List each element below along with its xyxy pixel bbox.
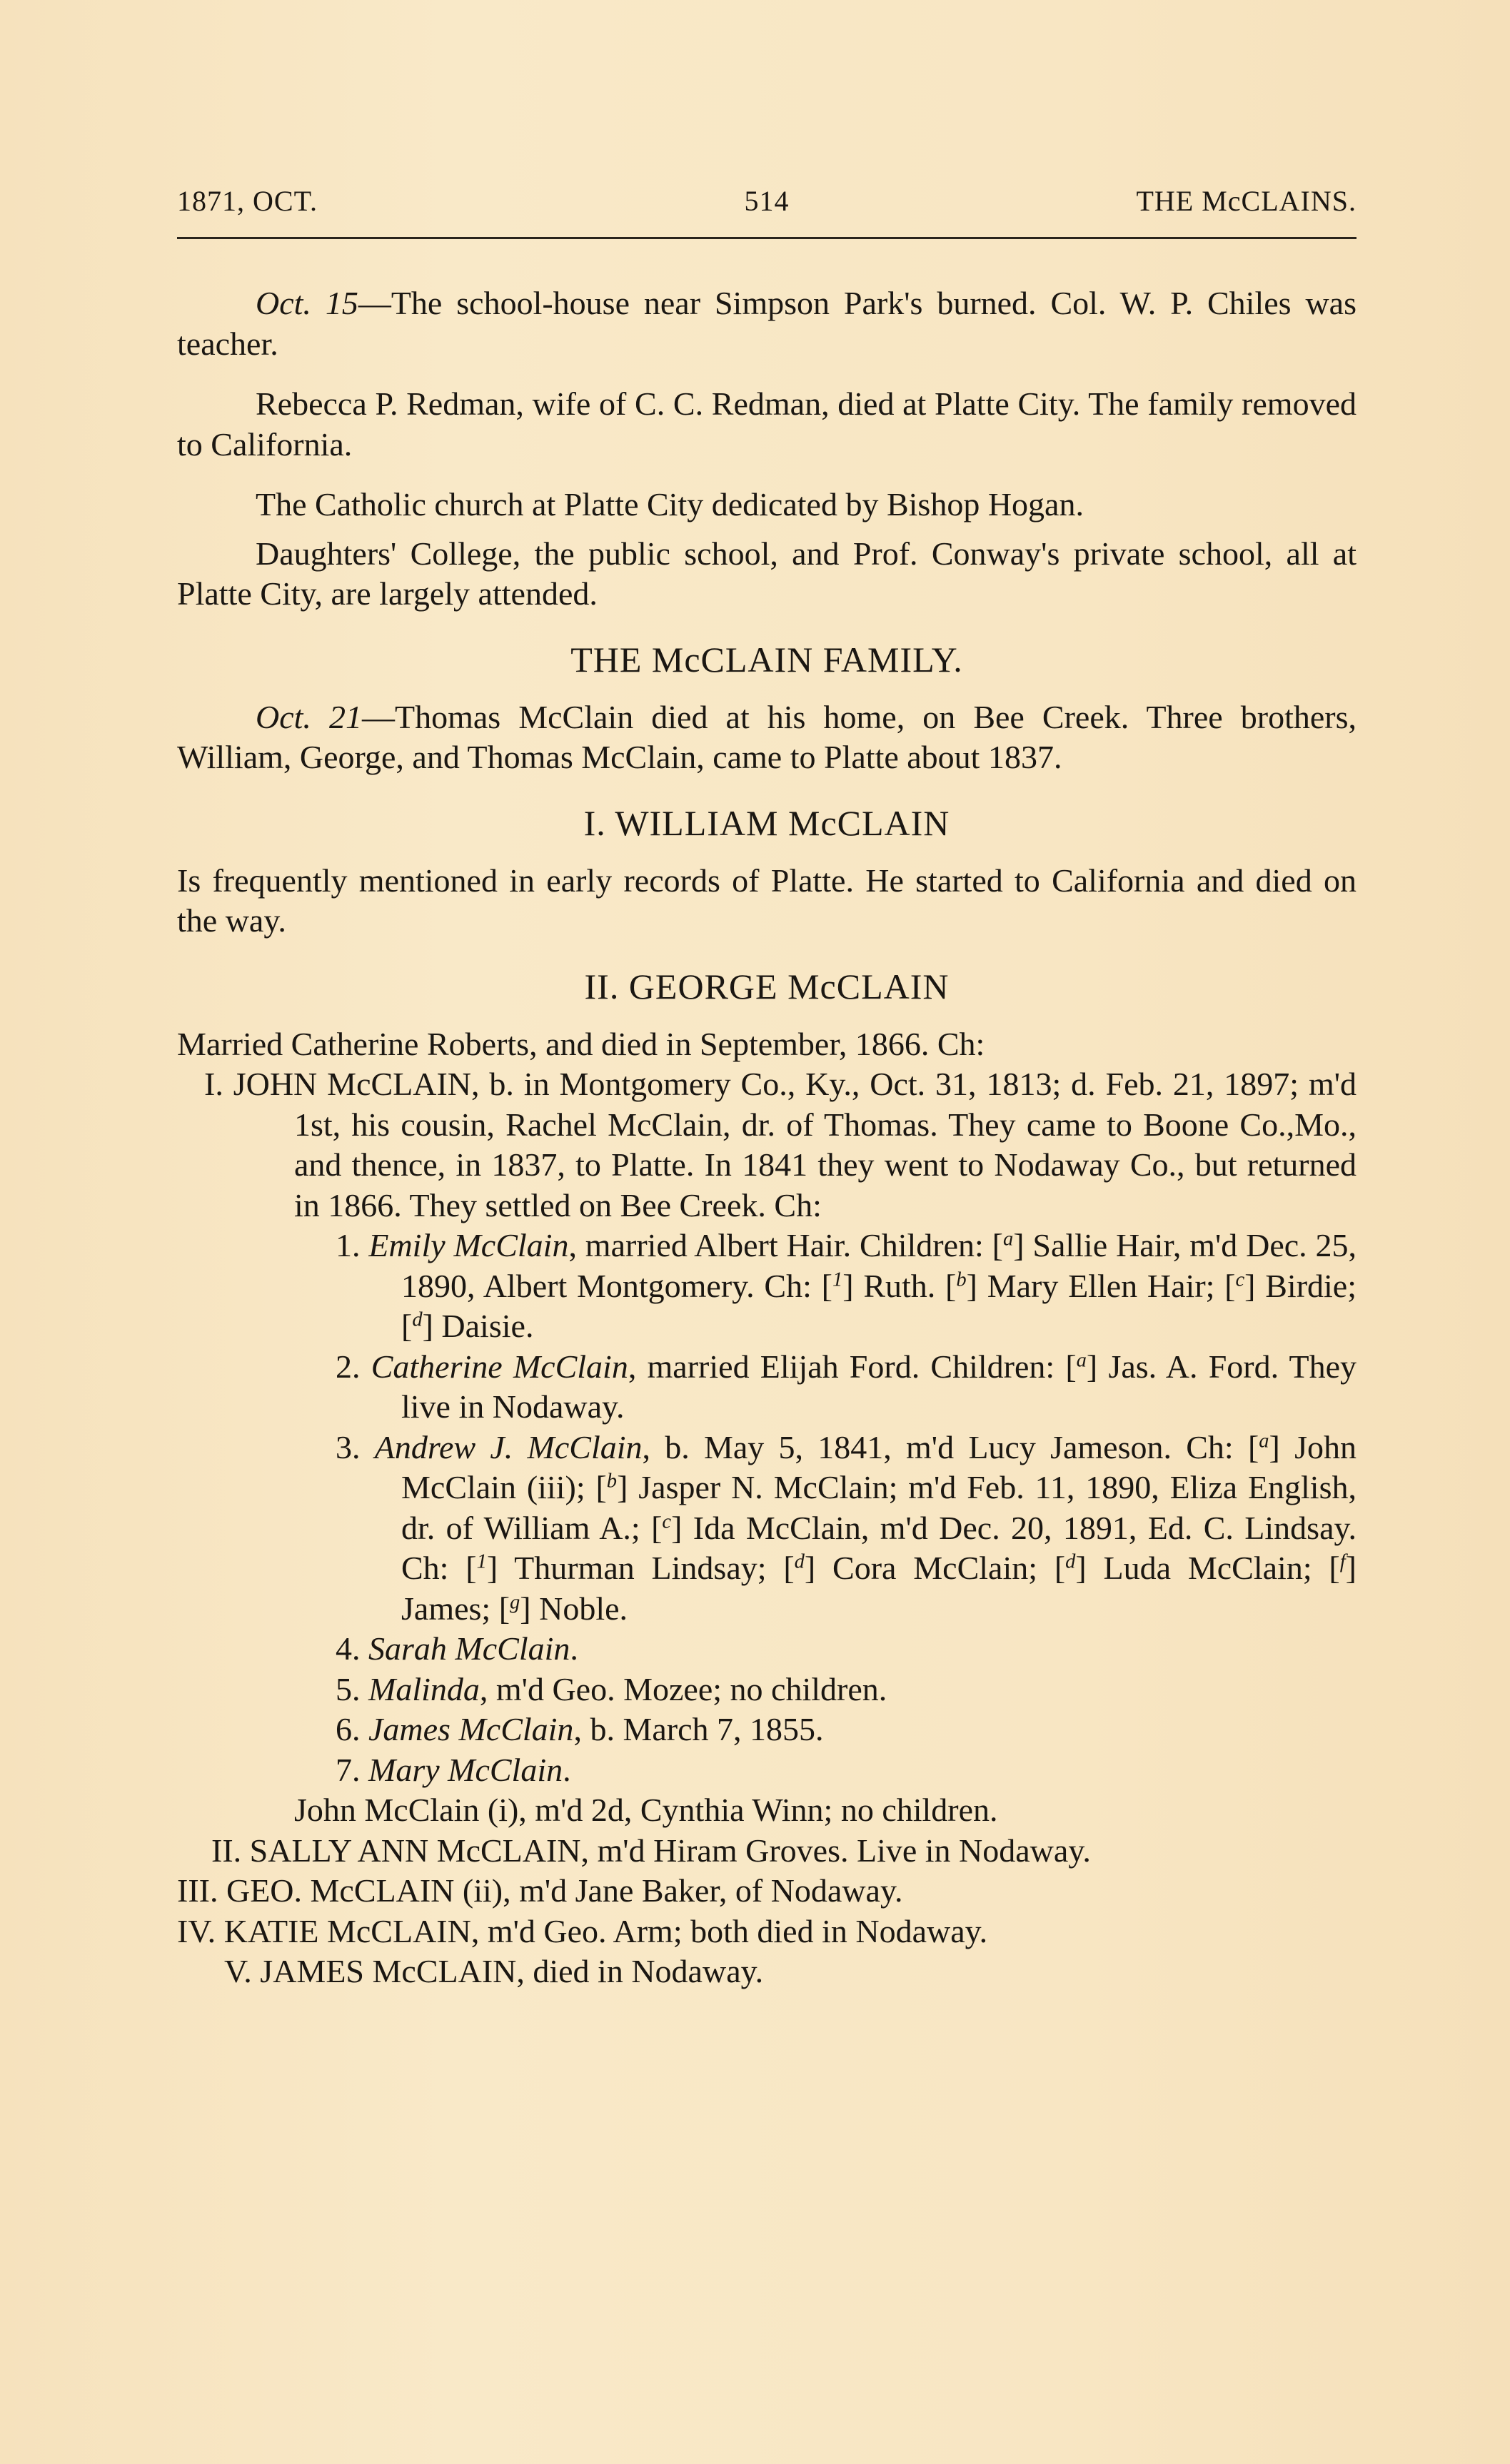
mark: b — [956, 1268, 966, 1291]
detail-text: Birdie; — [1265, 1268, 1357, 1304]
numeral: V. — [224, 1953, 252, 1989]
numeral: II. — [211, 1832, 241, 1869]
grandchild-text: . — [570, 1630, 578, 1667]
running-head: 1871, OCT. 514 THE McCLAINS. — [177, 184, 1357, 223]
entry-schools: Daughters' College, the public school, a… — [177, 534, 1357, 615]
numeral: III. — [177, 1872, 218, 1909]
child-name: SALLY ANN McCLAIN — [250, 1832, 581, 1869]
mark: d — [795, 1550, 805, 1572]
mark: g — [510, 1591, 520, 1613]
john-second-marriage: John McClain (i), m'd 2d, Cynthia Winn; … — [177, 1790, 1357, 1831]
mark: 1 — [477, 1550, 487, 1572]
grandchild-name: Sarah McClain — [368, 1630, 570, 1667]
mark: a — [1077, 1349, 1087, 1371]
child-text: (ii), m'd Jane Baker, of Nodaway. — [454, 1872, 902, 1909]
grandchild-text: , married Albert Hair. Children: — [568, 1227, 992, 1263]
running-head-title: THE McCLAINS. — [1136, 184, 1357, 218]
mark: 1 — [832, 1268, 842, 1291]
item-number: 6. — [336, 1711, 361, 1747]
detail-text: Mary Ellen Hair; — [987, 1268, 1224, 1304]
entry-date: Oct. 15 — [256, 285, 358, 321]
child-text: , m'd Geo. Arm; both died in Nodaway. — [471, 1913, 987, 1949]
grandchild-sarah: 4. Sarah McClain. — [177, 1629, 1357, 1670]
grandchild-mary: 7. Mary McClain. — [177, 1750, 1357, 1791]
grandchild-name: Malinda — [368, 1671, 480, 1707]
mark: b — [607, 1470, 617, 1492]
mark: d — [412, 1308, 422, 1331]
detail-text: Thurman Lindsay; — [514, 1550, 783, 1586]
item-number: 2. — [336, 1348, 361, 1385]
grandchild-text: , married Elijah Ford. Children: — [628, 1348, 1065, 1385]
grandchild-james: 6. James McClain, b. March 7, 1855. — [177, 1710, 1357, 1750]
child-james: V. JAMES McCLAIN, died in Nodaway. — [177, 1951, 1357, 1992]
entry-date: Oct. 21 — [256, 699, 362, 735]
numeral: IV. — [177, 1913, 216, 1949]
section-title: THE McCLAIN FAMILY. — [177, 639, 1357, 680]
grandchild-name: Mary McClain — [368, 1752, 563, 1788]
grandchild-text: . — [563, 1752, 571, 1788]
grandchild-emily: 1. Emily McClain, married Albert Hair. C… — [177, 1226, 1357, 1347]
child-katie: IV. KATIE McCLAIN, m'd Geo. Arm; both di… — [177, 1912, 1357, 1952]
grandchild-text: , m'd Geo. Mozee; no children. — [480, 1671, 887, 1707]
child-name: JAMES McCLAIN — [260, 1953, 516, 1989]
child-sally-ann: II. SALLY ANN McCLAIN, m'd Hiram Groves.… — [177, 1831, 1357, 1872]
mark: f — [1340, 1550, 1346, 1572]
child-john: I. JOHN McCLAIN, b. in Montgomery Co., K… — [177, 1064, 1357, 1226]
detail-text: Ruth. — [863, 1268, 945, 1304]
mark: d — [1065, 1550, 1075, 1572]
grandchild-name: Catherine McClain — [371, 1348, 628, 1385]
child-name: KATIE McCLAIN — [224, 1913, 471, 1949]
grandchild-text: , b. March 7, 1855. — [573, 1711, 823, 1747]
william-text: Is frequently mentioned in early records… — [177, 861, 1357, 941]
heading-george: II. GEORGE McCLAIN — [177, 966, 1357, 1007]
item-number: 7. — [336, 1752, 361, 1788]
grandchild-name: Andrew J. McClain — [375, 1429, 643, 1465]
mark: a — [1003, 1228, 1013, 1250]
entry-oct-21: Oct. 21—Thomas McClain died at his home,… — [177, 697, 1357, 778]
grandchild-andrew: 3. Andrew J. McClain, b. May 5, 1841, m'… — [177, 1428, 1357, 1630]
child-name: JOHN McCLAIN — [233, 1066, 471, 1102]
detail-text: Daisie. — [441, 1308, 533, 1344]
item-number: 5. — [336, 1671, 361, 1707]
heading-william: I. WILLIAM McCLAIN — [177, 802, 1357, 844]
entry-catholic-church: The Catholic church at Platte City dedic… — [177, 485, 1357, 525]
detail-text: Luda McClain; — [1104, 1550, 1329, 1586]
mark: a — [1259, 1430, 1269, 1452]
child-geo: III. GEO. McCLAIN (ii), m'd Jane Baker, … — [177, 1871, 1357, 1912]
george-intro: Married Catherine Roberts, and died in S… — [177, 1024, 1357, 1065]
child-text: , died in Nodaway. — [516, 1953, 763, 1989]
detail-text: Noble. — [539, 1590, 628, 1627]
item-number: 3. — [336, 1429, 361, 1465]
detail-text: James; — [401, 1590, 499, 1627]
mark: c — [662, 1510, 671, 1533]
grandchild-catherine: 2. Catherine McClain, married Elijah For… — [177, 1347, 1357, 1428]
detail-text: Cora McClain; — [832, 1550, 1055, 1586]
entry-oct-15: Oct. 15—The school-house near Simpson Pa… — [177, 283, 1357, 364]
child-name: GEO. McCLAIN — [226, 1872, 454, 1909]
item-number: 1. — [336, 1227, 361, 1263]
grandchild-text: , b. May 5, 1841, m'd Lucy Jameson. Ch: — [643, 1429, 1248, 1465]
book-page: 1871, OCT. 514 THE McCLAINS. Oct. 15—The… — [177, 184, 1357, 1992]
numeral: I. — [204, 1066, 223, 1102]
item-number: 4. — [336, 1630, 361, 1667]
grandchild-malinda: 5. Malinda, m'd Geo. Mozee; no children. — [177, 1670, 1357, 1710]
grandchild-name: James McClain — [368, 1711, 573, 1747]
child-text: , m'd Hiram Groves. Live in Nodaway. — [581, 1832, 1091, 1869]
entry-redman: Rebecca P. Redman, wife of C. C. Redman,… — [177, 384, 1357, 465]
header-rule — [177, 237, 1357, 239]
grandchild-name: Emily McClain — [368, 1227, 568, 1263]
mark: c — [1236, 1268, 1245, 1291]
